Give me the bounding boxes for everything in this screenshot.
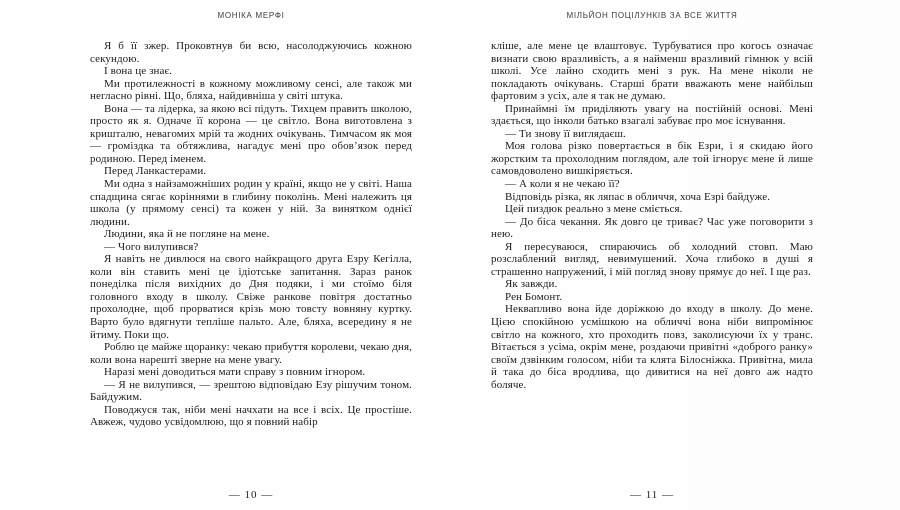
paragraph: кліше, але мене це влаштовує. Турбуватис… <box>491 40 813 103</box>
page-number-left: — 10 — <box>90 489 412 501</box>
paragraph: Я б її зжер. Проковтнув би всю, насолодж… <box>90 40 412 65</box>
paragraph: Моя голова різко повертається в бік Езри… <box>491 140 813 178</box>
paragraph: Неквапливо вона йде доріжкою до входу в … <box>491 303 813 391</box>
paragraph: — Чого вилупився? <box>90 241 412 254</box>
paragraph: — До біса чекання. Як довго це триває? Ч… <box>491 216 813 241</box>
paragraph: Я навіть не дивлюся на свого найкращого … <box>90 253 412 341</box>
running-head-right: МІЛЬЙОН ПОЦІЛУНКІВ ЗА ВСЕ ЖИТТЯ <box>491 11 813 20</box>
paragraph: Роблю це майже щоранку: чекаю прибуття к… <box>90 341 412 366</box>
paragraph: Поводжуся так, ніби мені начхати на все … <box>90 404 412 429</box>
paragraph: Я пересуваюся, спираючись об холодний ст… <box>491 241 813 279</box>
paragraph: — А коли я не чекаю її? <box>491 178 813 191</box>
paragraph: Як завжди. <box>491 278 813 291</box>
page-right: МІЛЬЙОН ПОЦІЛУНКІВ ЗА ВСЕ ЖИТТЯ кліше, а… <box>491 0 813 510</box>
text-block-left: Я б її зжер. Проковтнув би всю, насолодж… <box>90 40 412 429</box>
text-block-right: кліше, але мене це влаштовує. Турбуватис… <box>491 40 813 391</box>
paragraph: Людини, яка й не погляне на мене. <box>90 228 412 241</box>
book-spread: МОНІКА МЕРФІ Я б її зжер. Проковтнув би … <box>0 0 900 510</box>
paragraph: Перед Ланкастерами. <box>90 165 412 178</box>
page-number-right: — 11 — <box>491 489 813 501</box>
paragraph: Принаймні їм приділяють увагу на постійн… <box>491 103 813 128</box>
paragraph: Цей пиздюк реально з мене сміється. <box>491 203 813 216</box>
paragraph: Ми одна з найзаможніших родин у країні, … <box>90 178 412 228</box>
paragraph: І вона це знає. <box>90 65 412 78</box>
paragraph: Вона — та лідерка, за якою всі підуть. Т… <box>90 103 412 166</box>
paragraph: — Я не вилупився, — зрештою відповідаю Е… <box>90 379 412 404</box>
running-head-left: МОНІКА МЕРФІ <box>90 11 412 20</box>
paragraph: Ми протилежності в кожному можливому сен… <box>90 78 412 103</box>
paragraph: Відповідь різка, як ляпас в обличчя, хоч… <box>491 191 813 204</box>
paragraph: Наразі мені доводиться мати справу з пов… <box>90 366 412 379</box>
paragraph: — Ти знову її виглядаєш. <box>491 128 813 141</box>
page-left: МОНІКА МЕРФІ Я б її зжер. Проковтнув би … <box>90 0 412 510</box>
paragraph: Рен Бомонт. <box>491 291 813 304</box>
